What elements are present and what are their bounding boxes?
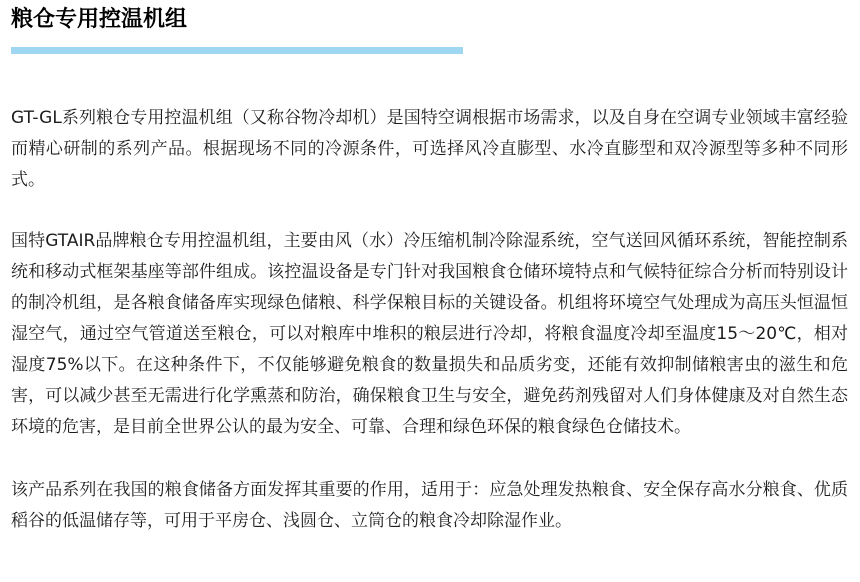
document-page: 粮仓专用控温机组 GT-GL系列粮仓专用控温机组（又称谷物冷却机）是国特空调根据… xyxy=(0,0,860,582)
application-paragraph: 该产品系列在我国的粮食储备方面发挥其重要的作用，适用于：应急处理发热粮食、安全保… xyxy=(11,475,848,537)
page-title: 粮仓专用控温机组 xyxy=(11,6,848,34)
description-paragraph: 国特GTAIR品牌粮仓专用控温机组，主要由风（水）冷压缩机制冷除湿系统，空气送回… xyxy=(11,226,848,443)
intro-paragraph: GT-GL系列粮仓专用控温机组（又称谷物冷却机）是国特空调根据市场需求，以及自身… xyxy=(11,103,848,196)
title-underline-bar xyxy=(11,47,463,54)
